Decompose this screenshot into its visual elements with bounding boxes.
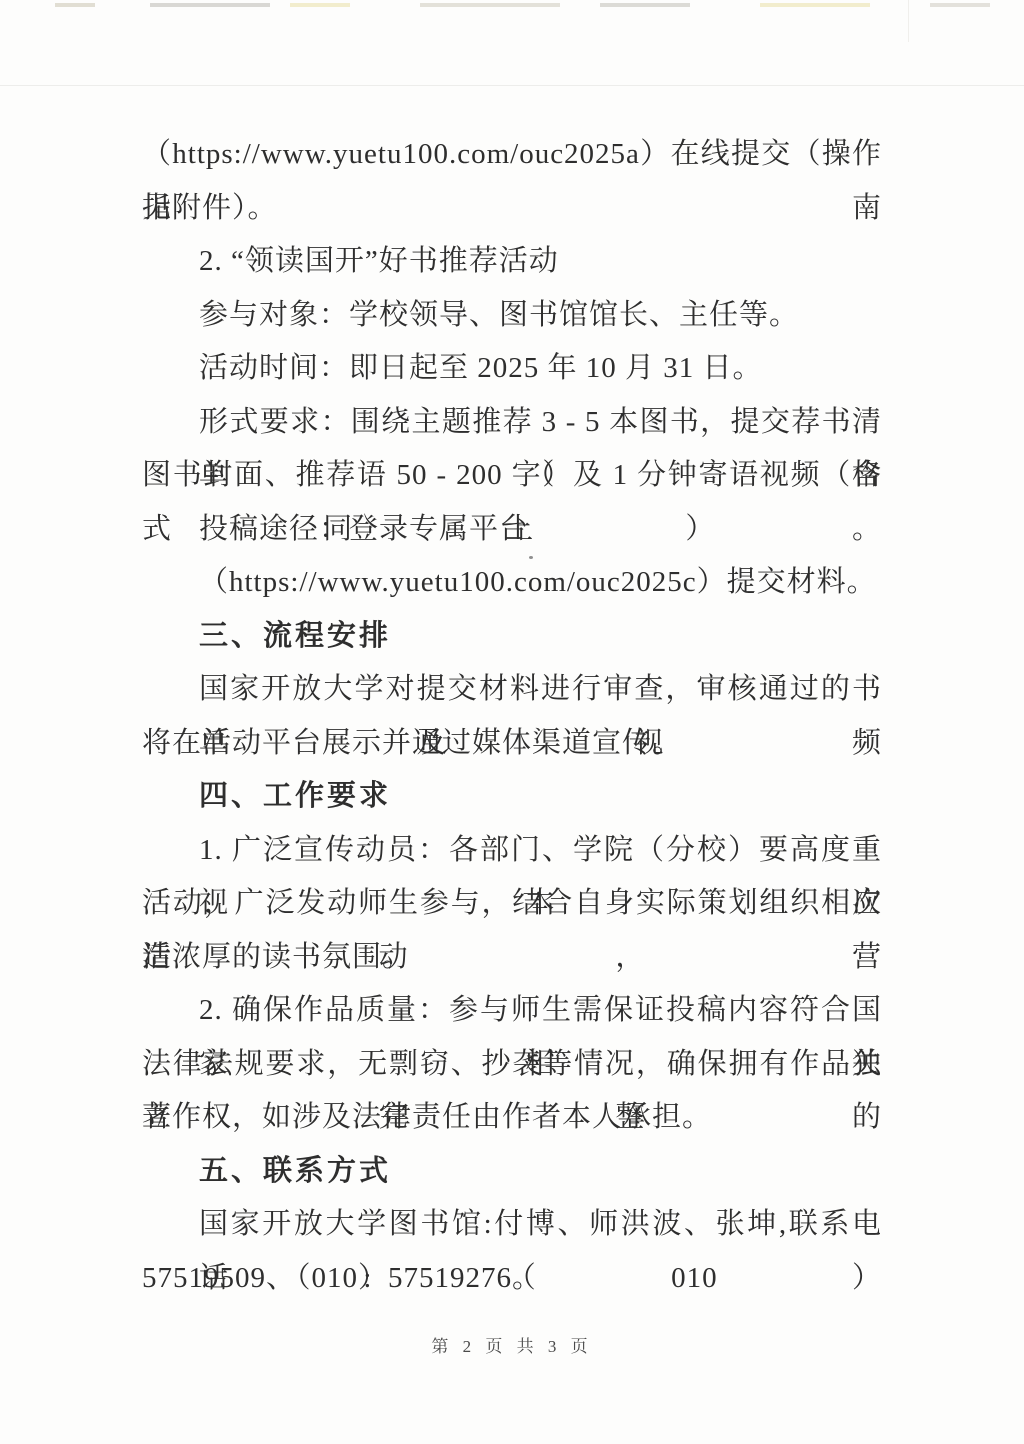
scan-artifact-dash — [290, 3, 350, 7]
scan-artifact-dash — [600, 3, 690, 7]
scan-artifact-line — [908, 0, 909, 42]
scan-artifact-dash — [420, 3, 560, 7]
url-line: （https://www.yuetu100.com/ouc2025c）提交材料。 — [142, 556, 882, 610]
scan-artifact-dash — [760, 3, 870, 7]
text-line: 2. 确保作品质量：参与师生需保证投稿内容符合国家相关 — [142, 984, 882, 1038]
text-line: 1. 广泛宣传动员：各部门、学院（分校）要高度重视本次 — [142, 824, 882, 878]
scan-artifact-line — [0, 85, 1024, 86]
section-heading: 五、联系方式 — [142, 1145, 882, 1199]
text-line: 活动时间：即日起至 2025 年 10 月 31 日。 — [142, 342, 882, 396]
text-line: 参与对象：学校领导、图书馆馆长、主任等。 — [142, 289, 882, 343]
scan-artifact-dash — [150, 3, 270, 7]
scanned-document-page: （https://www.yuetu100.com/ouc2025a）在线提交（… — [0, 0, 1024, 1444]
section-heading: 四、工作要求 — [142, 770, 882, 824]
contact-line: 国家开放大学图书馆:付博、师洪波、张坤,联系电话:（010） — [142, 1198, 882, 1252]
document-body: （https://www.yuetu100.com/ouc2025a）在线提交（… — [142, 128, 882, 1305]
page-number: 第 2 页 共 3 页 — [0, 1332, 1024, 1357]
text-line: 图书封面、推荐语 50 - 200 字）及 1 分钟寄语视频（格式同上）。 — [142, 449, 882, 503]
text-line: 国家开放大学对提交材料进行审查，审核通过的书单及视频 — [142, 663, 882, 717]
scan-artifact-dash — [930, 3, 990, 7]
url-line: （https://www.yuetu100.com/ouc2025a）在线提交（… — [142, 128, 882, 182]
text-line: 活动，广泛发动师生参与，结合自身实际策划组织相应活动，营 — [142, 877, 882, 931]
list-item-heading: 2. “领读国开”好书推荐活动 — [142, 235, 882, 289]
text-line: 形式要求：围绕主题推荐 3 - 5 本图书，提交荐书清单（含 — [142, 396, 882, 450]
section-heading: 三、流程安排 — [142, 610, 882, 664]
scan-artifact-dash — [55, 3, 95, 7]
text-line: 法律法规要求，无剽窃、抄袭等情况，确保拥有作品独立完整的 — [142, 1038, 882, 1092]
